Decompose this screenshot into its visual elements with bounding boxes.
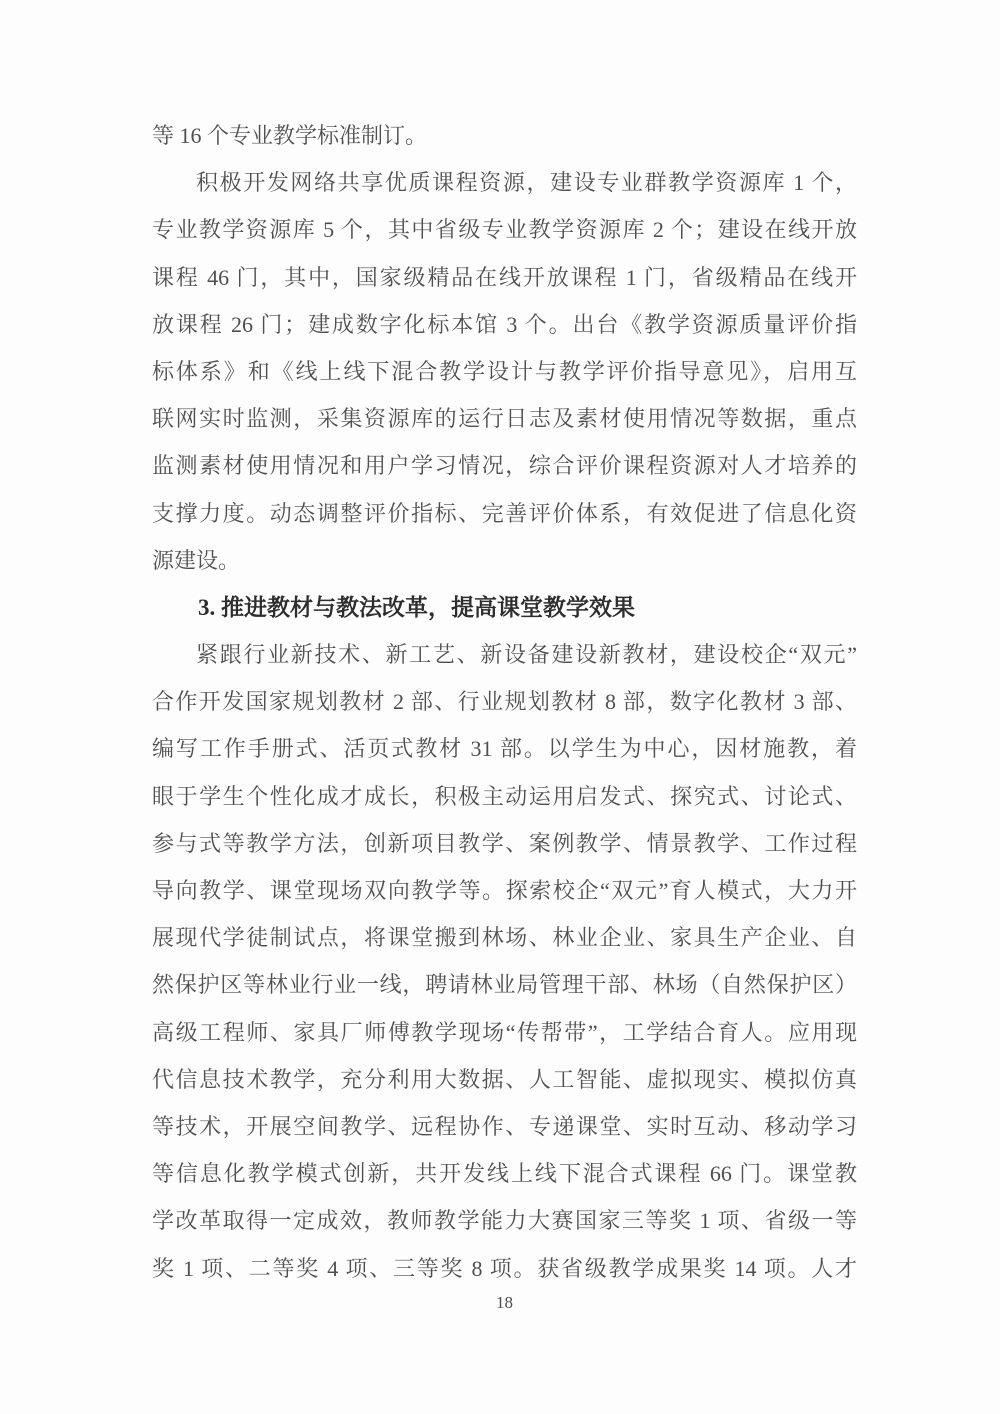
text-line: 合作开发国家规划教材 2 部、行业规划教材 8 部，数字化教材 3 部、	[152, 678, 857, 725]
text-line: 联网实时监测，采集资源库的运行日志及素材使用情况等数据，重点	[152, 395, 857, 442]
text-line: 标体系》和《线上线下混合教学设计与教学评价指导意见》，启用互	[152, 348, 857, 395]
text-line: 紧跟行业新技术、新工艺、新设备建设新教材，建设校企“双元”	[152, 631, 857, 678]
text-line: 积极开发网络共享优质课程资源，建设专业群教学资源库 1 个，	[152, 159, 857, 206]
text-line: 展现代学徒制试点，将课堂搬到林场、林业企业、家具生产企业、自	[152, 914, 857, 961]
text-line: 支撑力度。动态调整评价指标、完善评价体系，有效促进了信息化资	[152, 490, 857, 537]
text-line: 然保护区等林业行业一线，聘请林业局管理干部、林场（自然保护区）	[152, 961, 857, 1008]
text-line: 课程 46 门，其中，国家级精品在线开放课程 1 门，省级精品在线开	[152, 254, 857, 301]
text-line: 编写工作手册式、活页式教材 31 部。以学生为中心，因材施教，着	[152, 725, 857, 772]
text-line: 源建设。	[152, 537, 857, 584]
section-heading: 3. 推进教材与教法改革，提高课堂教学效果	[152, 584, 857, 631]
text-line: 眼于学生个性化成才成长，积极主动运用启发式、探究式、讨论式、	[152, 773, 857, 820]
text-line: 高级工程师、家具厂师傅教学现场“传帮带”，工学结合育人。应用现	[152, 1009, 857, 1056]
text-line: 等信息化教学模式创新，共开发线上线下混合式课程 66 门。课堂教	[152, 1150, 857, 1197]
text-line: 等技术，开展空间教学、远程协作、专递课堂、实时互动、移动学习	[152, 1103, 857, 1150]
document-page: 等 16 个专业教学标准制订。积极开发网络共享优质课程资源，建设专业群教学资源库…	[0, 0, 1000, 1414]
text-line: 参与式等教学方法，创新项目教学、案例教学、情景教学、工作过程	[152, 820, 857, 867]
text-line: 导向教学、课堂现场双向教学等。探索校企“双元”育人模式，大力开	[152, 867, 857, 914]
text-line: 奖 1 项、二等奖 4 项、三等奖 8 项。获省级教学成果奖 14 项。人才	[152, 1245, 857, 1292]
text-line: 专业教学资源库 5 个，其中省级专业教学资源库 2 个；建设在线开放	[152, 206, 857, 253]
text-line: 监测素材使用情况和用户学习情况，综合评价课程资源对人才培养的	[152, 442, 857, 489]
text-line: 放课程 26 门；建成数字化标本馆 3 个。出台《教学资源质量评价指	[152, 301, 857, 348]
text-line: 学改革取得一定成效，教师教学能力大赛国家三等奖 1 项、省级一等	[152, 1197, 857, 1244]
text-block: 等 16 个专业教学标准制订。积极开发网络共享优质课程资源，建设专业群教学资源库…	[152, 112, 857, 1292]
text-line: 等 16 个专业教学标准制订。	[152, 112, 857, 159]
page-number: 18	[0, 1293, 1000, 1313]
text-line: 代信息技术教学，充分利用大数据、人工智能、虚拟现实、模拟仿真	[152, 1056, 857, 1103]
